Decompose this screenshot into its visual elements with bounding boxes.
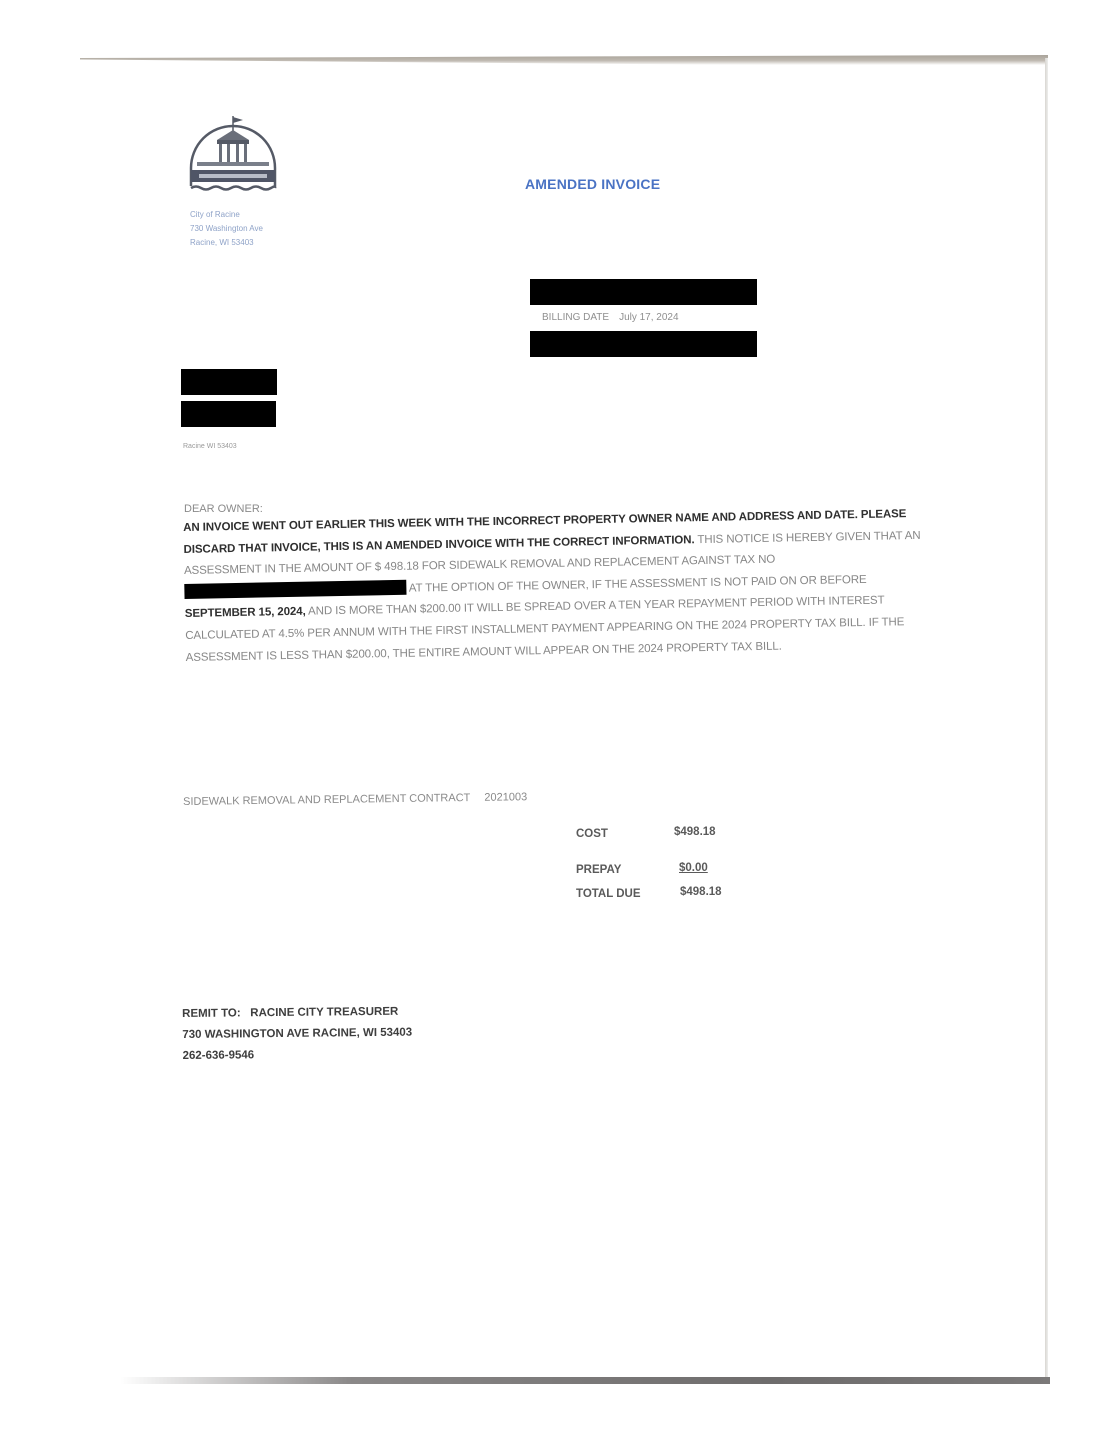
payment-deadline: SEPTEMBER 15, 2024, (185, 606, 306, 620)
page-bottom-edge (120, 1377, 1050, 1384)
remit-to-payee: REMIT TO: RACINE CITY TREASURER (182, 1002, 412, 1025)
remit-to-phone: 262-636-9546 (182, 1044, 412, 1067)
recipient-city-line: Racine WI 53403 (183, 443, 237, 450)
redaction-bar (181, 369, 277, 395)
contract-number: 2021003 (484, 791, 527, 804)
letterhead-address: City of Racine 730 Washington Ave Racine… (190, 208, 263, 250)
notice-body: AN INVOICE WENT OUT EARLIER THIS WEEK WI… (183, 504, 926, 669)
prepay-value: $0.00 (679, 862, 708, 874)
remit-to-block: REMIT TO: RACINE CITY TREASURER 730 WASH… (182, 1002, 413, 1067)
document-title: AMENDED INVOICE (525, 176, 660, 192)
page-right-edge (1045, 58, 1048, 1380)
greeting: DEAR OWNER: (184, 503, 263, 515)
billing-date-label: BILLING DATE (542, 312, 609, 323)
letterhead-city-state-zip: Racine, WI 53403 (190, 236, 263, 250)
redaction-bar (530, 331, 757, 357)
scanned-page (78, 58, 1048, 1380)
remit-to-address: 730 WASHINGTON AVE RACINE, WI 53403 (182, 1023, 412, 1046)
billing-date-value: July 17, 2024 (619, 312, 679, 323)
cost-value: $498.18 (674, 826, 716, 838)
redacted-tax-number (184, 580, 406, 599)
letterhead-city-name: City of Racine (190, 208, 263, 222)
redaction-bar (181, 401, 276, 427)
prepay-label: PREPAY (576, 864, 621, 876)
city-logo-icon (187, 108, 277, 198)
cost-label: COST (576, 828, 608, 840)
letterhead-street: 730 Washington Ave (190, 222, 263, 236)
total-due-value: $498.18 (680, 886, 722, 898)
notice-text-2: AT THE OPTION OF THE OWNER, IF THE ASSES… (406, 574, 866, 595)
total-due-label: TOTAL DUE (576, 888, 641, 900)
billing-date-line: BILLING DATEJuly 17, 2024 (542, 312, 679, 323)
redaction-bar (530, 279, 757, 305)
